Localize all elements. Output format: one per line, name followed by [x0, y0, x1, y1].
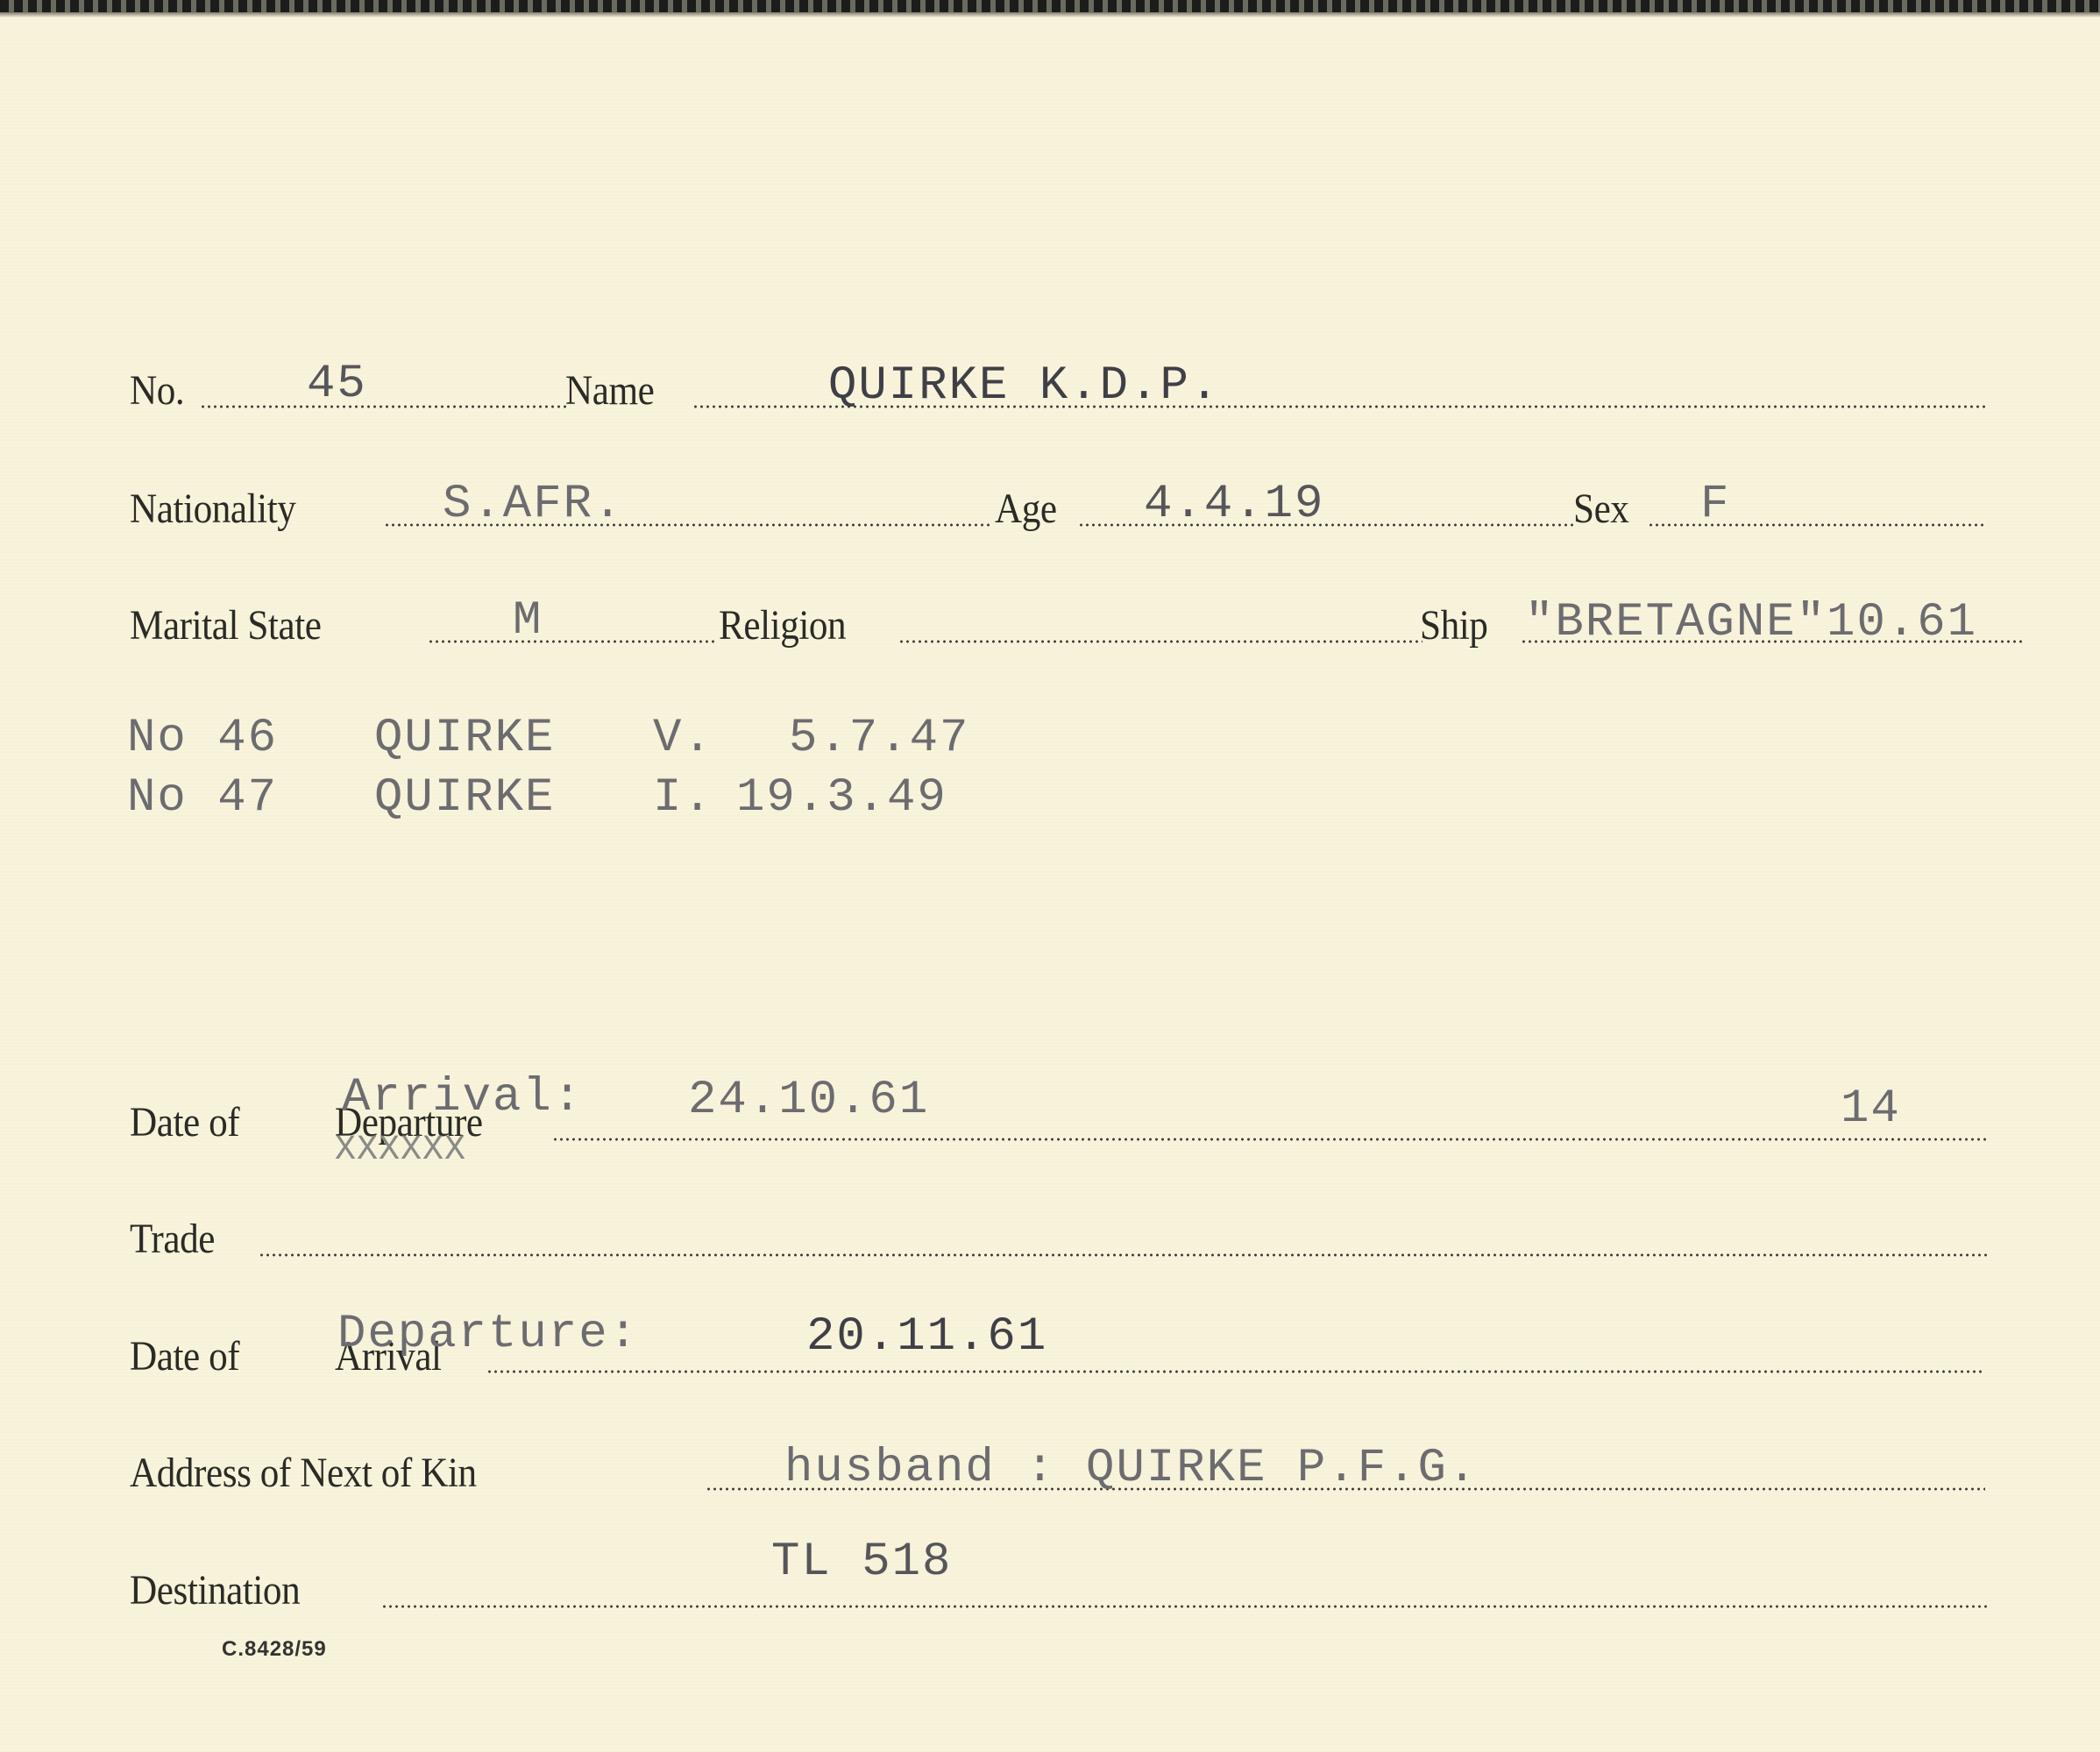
label-marital-state: Marital State: [130, 601, 321, 649]
value-destination: TL 518: [771, 1536, 952, 1589]
registration-card: No. 45 Name QUIRKE K.D.P. Nationality S.…: [0, 0, 2100, 1752]
struck-out-text: XXXXXX: [335, 1131, 466, 1170]
label-date-of-1-prefix: Date of: [130, 1098, 239, 1146]
label-name: Name: [565, 366, 654, 415]
dependent-dob: 19.3.49: [736, 771, 947, 825]
label-date-of-2-prefix: Date of: [130, 1332, 239, 1380]
torn-top-edge: [0, 0, 2100, 12]
label-age: Age: [995, 485, 1057, 533]
dotted-line-religion: [898, 640, 1422, 643]
label-ship: Ship: [1420, 601, 1487, 649]
label-religion: Religion: [719, 601, 846, 649]
dependent-row: No 47 QUIRKE I. 19.3.49: [127, 771, 1091, 831]
dotted-line-sex: [1648, 523, 1985, 527]
value-no: 45: [307, 358, 367, 411]
typed-override-arrival: Arrival:: [342, 1071, 583, 1124]
dependent-initial: I.: [653, 771, 713, 825]
value-next-of-kin: husband : QUIRKE P.F.G.: [784, 1442, 1478, 1495]
note-number: 14: [1841, 1082, 1901, 1136]
dotted-line-destination: [381, 1605, 1990, 1608]
value-ship: "BRETAGNE"10.61: [1525, 596, 1977, 649]
value-name: QUIRKE K.D.P.: [828, 359, 1220, 413]
label-nationality: Nationality: [130, 485, 295, 533]
dependents-list: No 46 QUIRKE V. 5.7.47 No 47 QUIRKE I. 1…: [127, 712, 1091, 831]
value-date-of-1: 24.10.61: [688, 1074, 929, 1127]
dotted-line-date-of-1: [552, 1138, 1990, 1141]
typed-override-departure: Departure:: [337, 1308, 639, 1361]
label-no: No.: [130, 366, 184, 415]
label-sex: Sex: [1573, 485, 1628, 533]
value-nationality: S.AFR.: [443, 478, 623, 531]
dependent-surname: QUIRKE: [374, 712, 555, 765]
value-age: 4.4.19: [1144, 478, 1324, 531]
dotted-line-trade: [259, 1253, 1990, 1257]
dependent-row: No 46 QUIRKE V. 5.7.47: [127, 712, 1091, 771]
dependent-no: No 46: [127, 712, 278, 765]
label-trade: Trade: [130, 1215, 215, 1263]
dependent-initial: V.: [653, 712, 713, 765]
dotted-line-marital-state: [428, 640, 715, 643]
dependent-dob: 5.7.47: [789, 712, 969, 765]
dotted-line-no: [200, 405, 568, 408]
dependent-surname: QUIRKE: [374, 771, 555, 825]
dotted-line-date-of-2: [486, 1370, 1983, 1373]
value-sex: F: [1700, 478, 1730, 531]
dependent-no: No 47: [127, 771, 278, 825]
value-marital-state: M: [513, 594, 543, 648]
form-code: C.8428/59: [222, 1637, 327, 1662]
top-edge-shadow: [0, 12, 2100, 18]
value-date-of-2: 20.11.61: [806, 1310, 1047, 1364]
label-next-of-kin: Address of Next of Kin: [130, 1449, 477, 1497]
label-destination: Destination: [130, 1566, 300, 1614]
